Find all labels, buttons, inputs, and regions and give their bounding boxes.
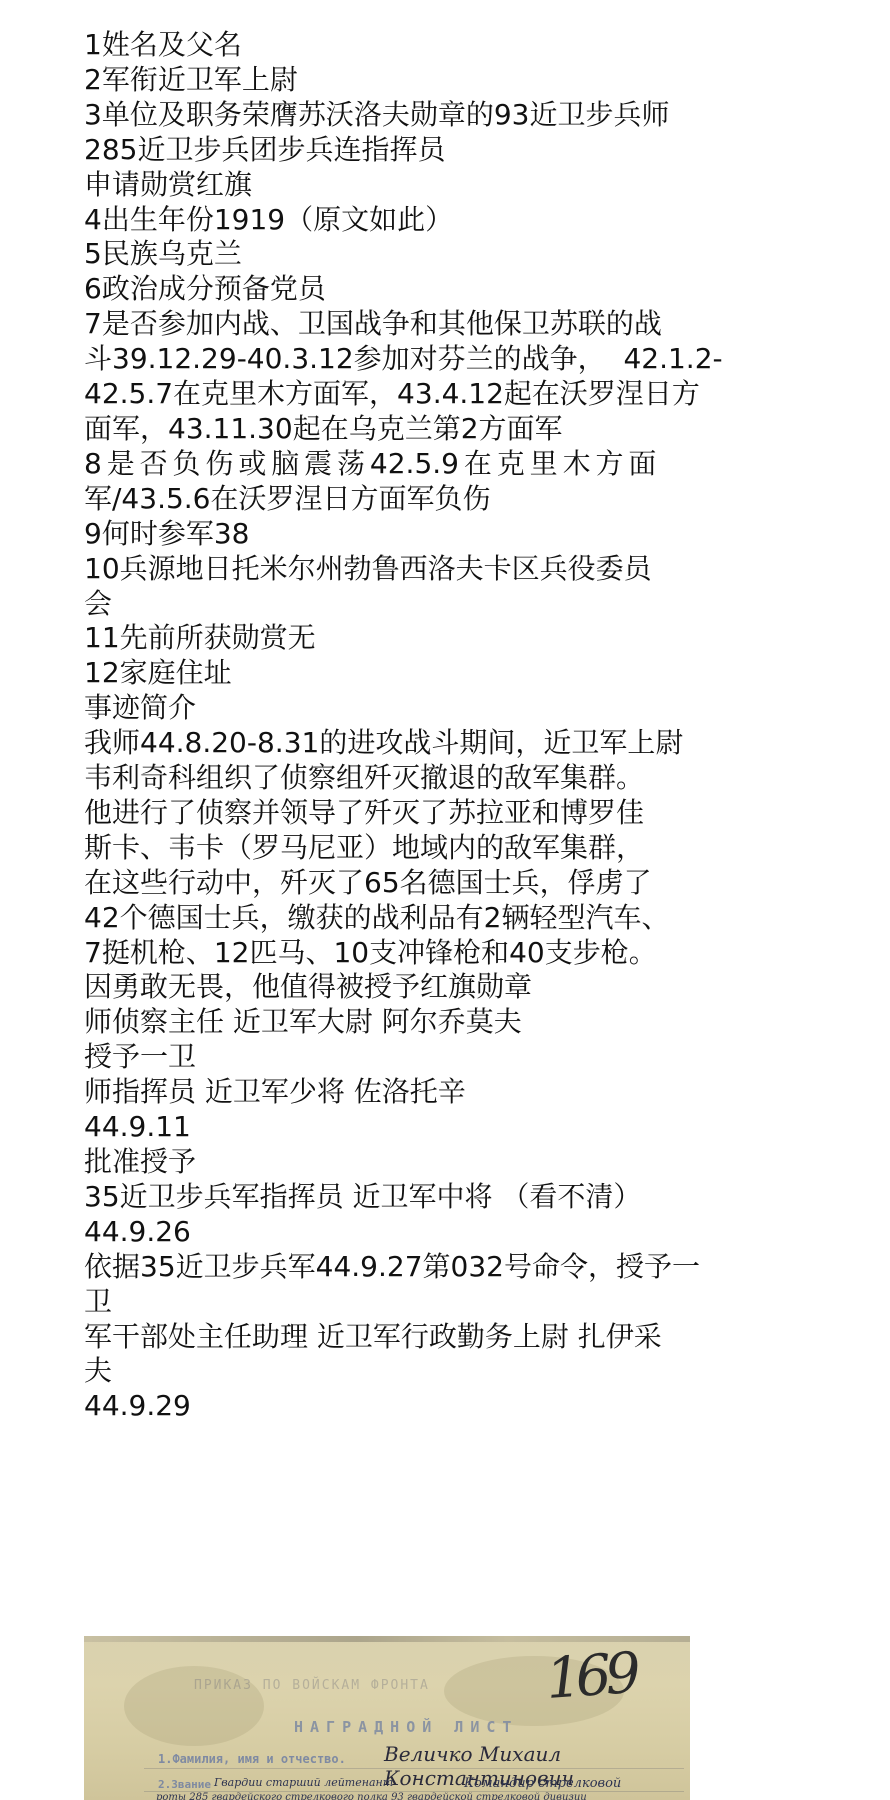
field-birth-year: 4出生年份1919（原文如此）	[84, 203, 690, 238]
signature-division-commander: 师指挥员 近卫军少将 佐洛托辛	[84, 1075, 690, 1110]
field-wounds: 8 是 否 负 伤 或 脑 震 荡 42.5.9 在 克 里 木 方 面	[84, 447, 690, 482]
field-rank: 2军衔近卫军上尉	[84, 63, 690, 98]
field-war-service: 7是否参加内战、卫国战争和其他保卫苏联的战	[84, 307, 690, 342]
signature-personnel-assistant-cont: 夫	[84, 1354, 690, 1389]
award-request: 申请勋赏红旗	[84, 168, 690, 203]
field-recruit-office: 10兵源地日托米尔州勃鲁西洛夫卡区兵役委员	[84, 552, 690, 587]
scan-field1-label: 1.Фамилия, имя и отчество.	[158, 1752, 346, 1766]
field-war-service-cont: 42.5.7在克里木方面军，43.4.12起在沃罗涅日方	[84, 377, 690, 412]
section-heading-deeds: 事迹简介	[84, 691, 690, 726]
field-recruit-office-cont: 会	[84, 587, 690, 622]
signature-personnel-assistant: 军干部处主任助理 近卫军行政勤务上尉 扎伊采	[84, 1320, 690, 1355]
document-text: 1姓名及父名 2军衔近卫军上尉 3单位及职务荣膺苏沃洛夫勋章的93近卫步兵师 2…	[84, 28, 690, 1424]
decision-1: 授予一卫	[84, 1040, 690, 1075]
award-sheet-scan-image: ПРИКАЗ ПО ВОЙСКАМ ФРОНТА 169 НАГРАДНОЙ Л…	[84, 1636, 690, 1800]
scan-field3-value: Командир стрелковой	[464, 1776, 621, 1791]
decision-2: 批准授予	[84, 1145, 690, 1180]
deeds-text: 7挺机枪、12匹马、10支冲锋枪和40支步枪。	[84, 936, 690, 971]
field-address: 12家庭住址	[84, 656, 690, 691]
deeds-text: 42个德国士兵，缴获的战利品有2辆轻型汽车、	[84, 901, 690, 936]
scan-field2-label: 2.Звание	[158, 1778, 211, 1791]
signature-recon-chief: 师侦察主任 近卫军大尉 阿尔乔莫夫	[84, 1005, 690, 1040]
scan-faint-header: ПРИКАЗ ПО ВОЙСКАМ ФРОНТА	[194, 1678, 430, 1693]
deeds-conclusion: 因勇敢无畏，他值得被授予红旗勋章	[84, 970, 690, 1005]
scan-title: НАГРАДНОЙ ЛИСТ	[294, 1718, 518, 1736]
scan-field3-cont: роты 285 гвардейского стрелкового полка …	[156, 1792, 587, 1800]
field-prior-awards: 11先前所获勋赏无	[84, 621, 690, 656]
order-reference-cont: 卫	[84, 1285, 690, 1320]
scan-field2-value: Гвардии старший лейтенант	[214, 1776, 393, 1789]
date-1: 44.9.11	[84, 1110, 690, 1145]
deeds-text: 他进行了侦察并领导了歼灭了苏拉亚和博罗佳	[84, 796, 690, 831]
field-war-service-cont: 面军，43.11.30起在乌克兰第2方面军	[84, 412, 690, 447]
field-unit-cont: 285近卫步兵团步兵连指挥员	[84, 133, 690, 168]
scan-top-edge	[84, 1636, 690, 1642]
field-name: 1姓名及父名	[84, 28, 690, 63]
field-enlisted: 9何时参军38	[84, 517, 690, 552]
field-party: 6政治成分预备党员	[84, 272, 690, 307]
date-2: 44.9.26	[84, 1215, 690, 1250]
signature-corps-commander: 35近卫步兵军指挥员 近卫军中将 （看不清）	[84, 1180, 690, 1215]
field-unit: 3单位及职务荣膺苏沃洛夫勋章的93近卫步兵师	[84, 98, 690, 133]
field-war-service-cont: 斗39.12.29-40.3.12参加对芬兰的战争， 42.1.2-	[84, 342, 690, 377]
deeds-text: 韦利奇科组织了侦察组歼灭撤退的敌军集群。	[84, 761, 690, 796]
field-nationality: 5民族乌克兰	[84, 237, 690, 272]
date-3: 44.9.29	[84, 1389, 690, 1424]
order-reference: 依据35近卫步兵军44.9.27第032号命令，授予一	[84, 1250, 690, 1285]
deeds-text: 斯卡、韦卡（罗马尼亚）地域内的敌军集群，	[84, 831, 690, 866]
deeds-text: 我师44.8.20-8.31的进攻战斗期间，近卫军上尉	[84, 726, 690, 761]
field-wounds-cont: 军/43.5.6在沃罗涅日方面军负伤	[84, 482, 690, 517]
page-number-handwritten: 169	[544, 1641, 637, 1712]
deeds-text: 在这些行动中，歼灭了65名德国士兵，俘虏了	[84, 866, 690, 901]
